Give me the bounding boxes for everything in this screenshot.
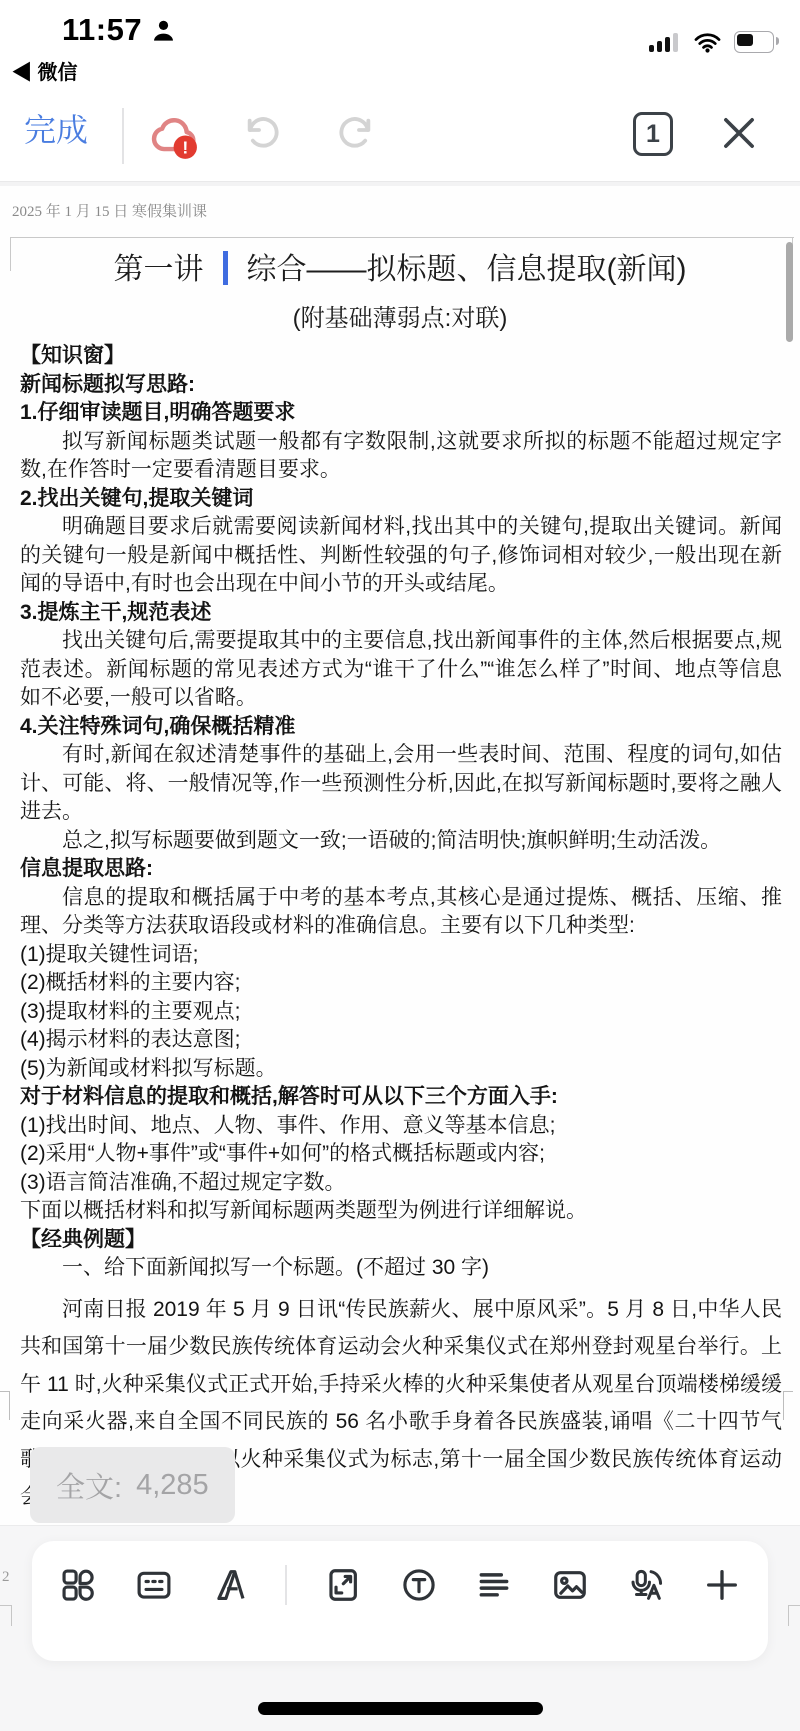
user-icon [150, 17, 177, 44]
tools-icon[interactable] [58, 1565, 98, 1605]
done-button[interactable]: 完成 [24, 105, 88, 151]
doc-paragraph[interactable]: (3)语言简洁准确,不超过规定字数。 [20, 1169, 782, 1198]
document-header-note: 2025 年 1 月 15 日 寒假集训课 [12, 200, 207, 221]
doc-paragraph[interactable]: 找出关键句后,需要提取其中的主要信息,找出新闻事件的主体,然后根据要点,规范表述… [20, 627, 782, 713]
toolbar-divider [122, 108, 124, 164]
battery-icon [734, 31, 774, 53]
doc-paragraph[interactable]: (5)为新闻或材料拟写标题。 [20, 1055, 782, 1084]
word-count-label: 全文: [56, 1465, 122, 1506]
document-title[interactable]: 第一讲综合——拟标题、信息提取(新闻) [0, 244, 800, 288]
doc-paragraph[interactable]: 信息提取思路: [20, 855, 782, 884]
doc-paragraph[interactable]: (4)揭示材料的表达意图; [20, 1026, 782, 1055]
doc-paragraph[interactable]: 【知识窗】 [20, 342, 782, 371]
next-page-corner-left [0, 1605, 12, 1626]
document-subtitle[interactable]: (附基础薄弱点:对联) [0, 298, 800, 333]
doc-paragraph[interactable]: (3)提取材料的主要观点; [20, 998, 782, 1027]
doc-paragraph[interactable]: 4.关注特殊词句,确保概括精准 [20, 713, 782, 742]
doc-paragraph[interactable]: 3.提炼主干,规范表述 [20, 599, 782, 628]
doc-paragraph[interactable]: 下面以概括材料和拟写新闻标题两类题型为例进行详细解说。 [20, 1197, 782, 1226]
cloud-sync-error-icon[interactable]: ! [146, 108, 204, 164]
screen: 11:57 ◀ 微信 [0, 0, 800, 1731]
bottom-toolbar [32, 1541, 768, 1661]
doc-paragraph[interactable]: 拟写新闻标题类试题一般都有字数限制,这就要求所拟的标题不能超过规定字数,在作答时… [20, 428, 782, 485]
doc-paragraph[interactable]: (1)找出时间、地点、人物、事件、作用、意义等基本信息; [20, 1112, 782, 1141]
page-top-border [10, 237, 794, 238]
doc-paragraph[interactable]: 信息的提取和概括属于中考的基本考点,其核心是通过提炼、概括、压缩、推理、分类等方… [20, 884, 782, 941]
image-icon[interactable] [550, 1565, 590, 1605]
back-to-wechat[interactable]: ◀ 微信 [12, 56, 78, 85]
clock: 11:57 [62, 12, 142, 48]
next-page-peek: 2 [2, 1569, 10, 1586]
doc-paragraph[interactable]: 明确题目要求后就需要阅读新闻材料,找出其中的关键句,提取出关键词。新闻的关键句一… [20, 513, 782, 599]
doc-paragraph[interactable]: (1)提取关键性词语; [20, 941, 782, 970]
title-accent-bar [223, 251, 228, 285]
font-icon[interactable] [210, 1565, 250, 1605]
add-icon[interactable] [702, 1565, 742, 1605]
toolbar-group-divider [285, 1565, 287, 1605]
document-page: 2025 年 1 月 15 日 寒假集训课 第一讲综合——拟标题、信息提取(新闻… [0, 182, 800, 1529]
doc-paragraph[interactable]: 1.仔细审读题目,明确答题要求 [20, 399, 782, 428]
fit-page-icon[interactable] [323, 1565, 363, 1605]
doc-paragraph[interactable]: 有时,新闻在叙述清楚事件的基础上,会用一些表时间、范围、程度的词句,如估计、可能… [20, 741, 782, 827]
home-indicator[interactable] [258, 1702, 543, 1715]
doc-paragraph[interactable]: (2)概括材料的主要内容; [20, 969, 782, 998]
svg-text:!: ! [182, 138, 188, 158]
status-bar: 11:57 ◀ 微信 [0, 0, 800, 92]
wifi-icon [693, 31, 722, 53]
doc-paragraph[interactable]: 一、给下面新闻拟写一个标题。(不超过 30 字) [20, 1254, 782, 1283]
voice-input-icon[interactable] [626, 1565, 666, 1605]
bottom-zone: 2 [0, 1525, 800, 1731]
page-indicator[interactable]: 1 [633, 112, 673, 156]
doc-paragraph[interactable]: 【经典例题】 [20, 1226, 782, 1255]
document-body: 【知识窗】新闻标题拟写思路:1.仔细审读题目,明确答题要求拟写新闻标题类试题一般… [20, 342, 782, 1516]
doc-paragraph[interactable]: (2)采用“人物+事件”或“事件+如何”的格式概括标题或内容; [20, 1140, 782, 1169]
word-count-value: 4,285 [136, 1469, 209, 1502]
redo-button[interactable] [336, 113, 376, 153]
undo-button[interactable] [242, 113, 282, 153]
editor-toolbar: 完成 ! 1 [0, 92, 800, 182]
cellular-signal-icon [648, 30, 681, 53]
doc-paragraph[interactable]: 对于材料信息的提取和概括,解答时可从以下三个方面入手: [20, 1083, 782, 1112]
close-icon[interactable] [718, 112, 760, 154]
next-page-corner-right [788, 1605, 800, 1626]
doc-paragraph[interactable]: 2.找出关键句,提取关键词 [20, 485, 782, 514]
doc-paragraph[interactable]: 总之,拟写标题要做到题文一致;一语破的;简洁明快;旗帜鲜明;生动活泼。 [20, 827, 782, 856]
align-icon[interactable] [474, 1565, 514, 1605]
page-footer-number: 1 [0, 1408, 800, 1425]
doc-paragraph[interactable]: 新闻标题拟写思路: [20, 371, 782, 400]
keyboard-icon[interactable] [134, 1565, 174, 1605]
word-count-badge: 全文: 4,285 [30, 1447, 235, 1523]
text-style-icon[interactable] [399, 1565, 439, 1605]
